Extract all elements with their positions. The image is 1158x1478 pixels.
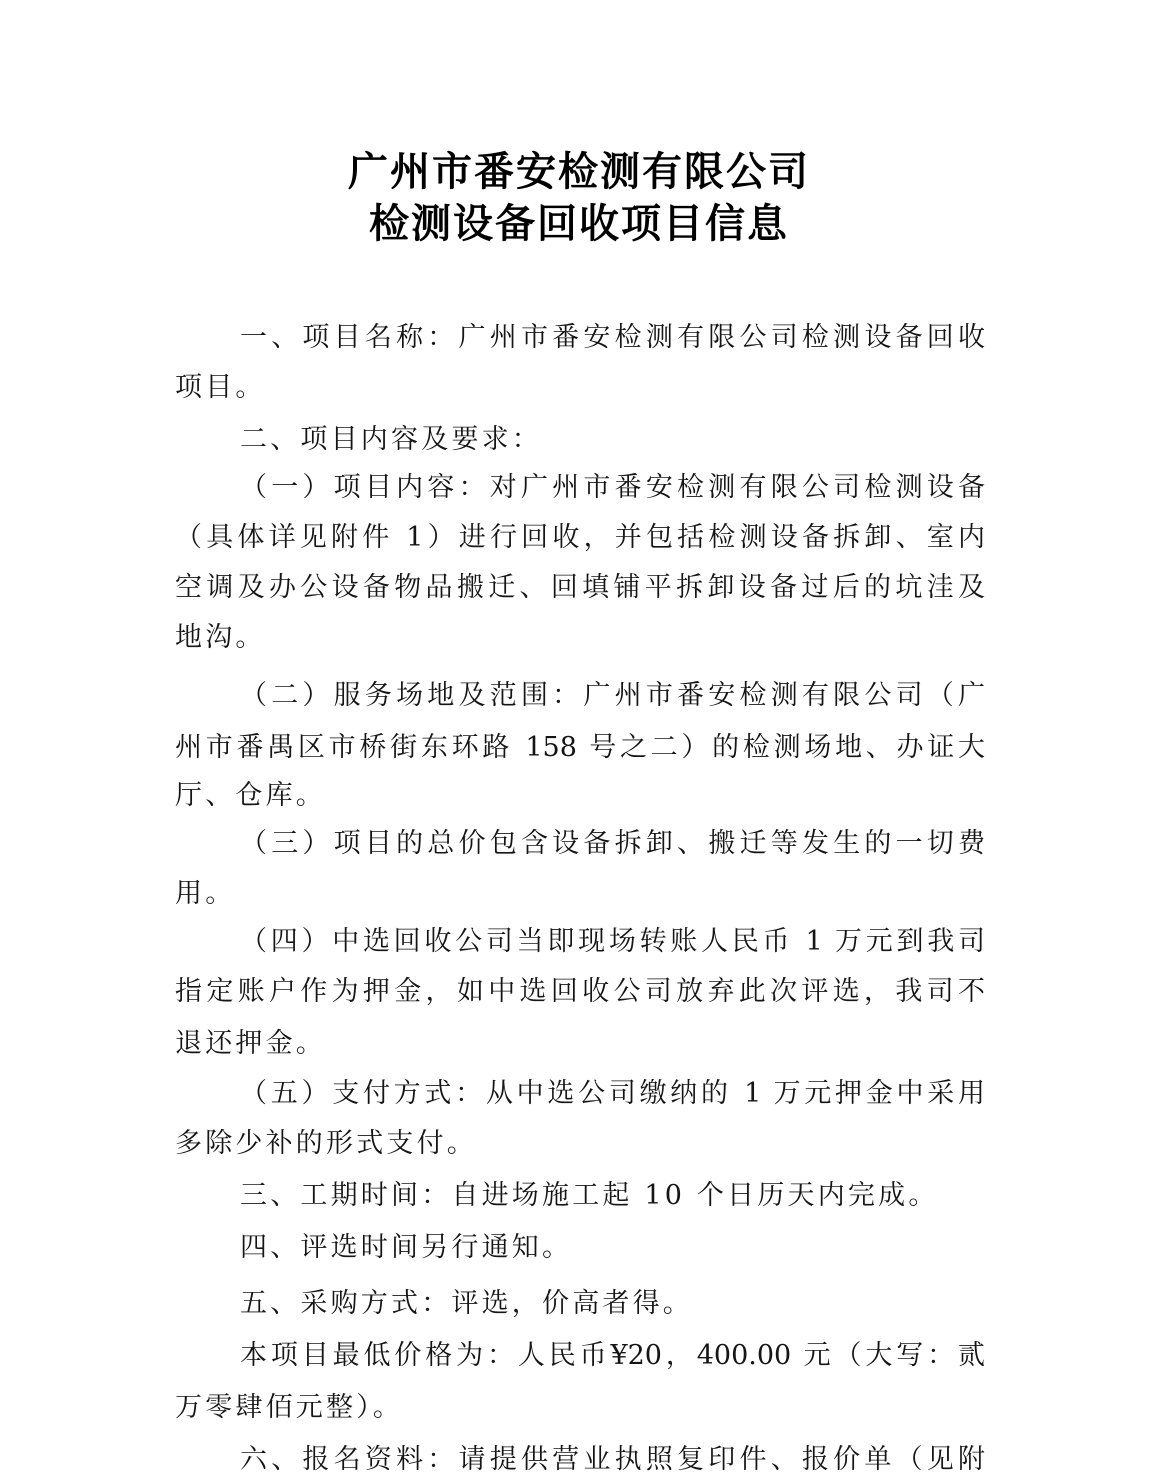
body-line: 退还押金。 [175,1024,985,1064]
body-line: 五、采购方式：评选，价高者得。 [240,1284,985,1324]
document-title-subject: 检测设备回收项目信息 [0,200,1158,248]
body-line: 一、项目名称：广州市番安检测有限公司检测设备回收 [240,318,985,358]
body-line: 地沟。 [175,618,985,658]
body-line: 六、报名资料：请提供营业执照复印件、报价单（见附 [240,1440,985,1478]
body-line: （三）项目的总价包含设备拆卸、搬迁等发生的一切费 [240,824,985,864]
body-line: 四、评选时间另行通知。 [240,1228,985,1268]
body-line: （四）中选回收公司当即现场转账人民币 1 万元到我司 [240,922,985,962]
body-line: 项目。 [175,368,985,408]
body-line: （五）支付方式：从中选公司缴纳的 1 万元押金中采用 [240,1074,985,1114]
body-line: 用。 [175,874,985,914]
document-title-company: 广州市番安检测有限公司 [0,148,1158,196]
body-line: 二、项目内容及要求： [240,420,985,460]
body-line: 州市番禺区市桥街东环路 158 号之二）的检测场地、办证大 [175,728,985,768]
document-page: 广州市番安检测有限公司 检测设备回收项目信息 一、项目名称：广州市番安检测有限公… [0,0,1158,1478]
body-line: （二）服务场地及范围：广州市番安检测有限公司（广 [240,676,985,716]
body-line: （一）项目内容：对广州市番安检测有限公司检测设备 [240,468,985,508]
body-line: 空调及办公设备物品搬迁、回填铺平拆卸设备过后的坑洼及 [175,568,985,608]
body-line: 三、工期时间：自进场施工起 10 个日历天内完成。 [240,1176,985,1216]
body-line: 厅、仓库。 [175,776,985,816]
body-line: 本项目最低价格为：人民币¥20，400.00 元（大写：贰 [240,1336,985,1376]
body-line: 万零肆佰元整）。 [175,1388,985,1428]
body-line: 指定账户作为押金，如中选回收公司放弃此次评选，我司不 [175,972,985,1012]
body-line: 多除少补的形式支付。 [175,1124,985,1164]
body-line: （具体详见附件 1）进行回收，并包括检测设备拆卸、室内 [175,518,985,558]
